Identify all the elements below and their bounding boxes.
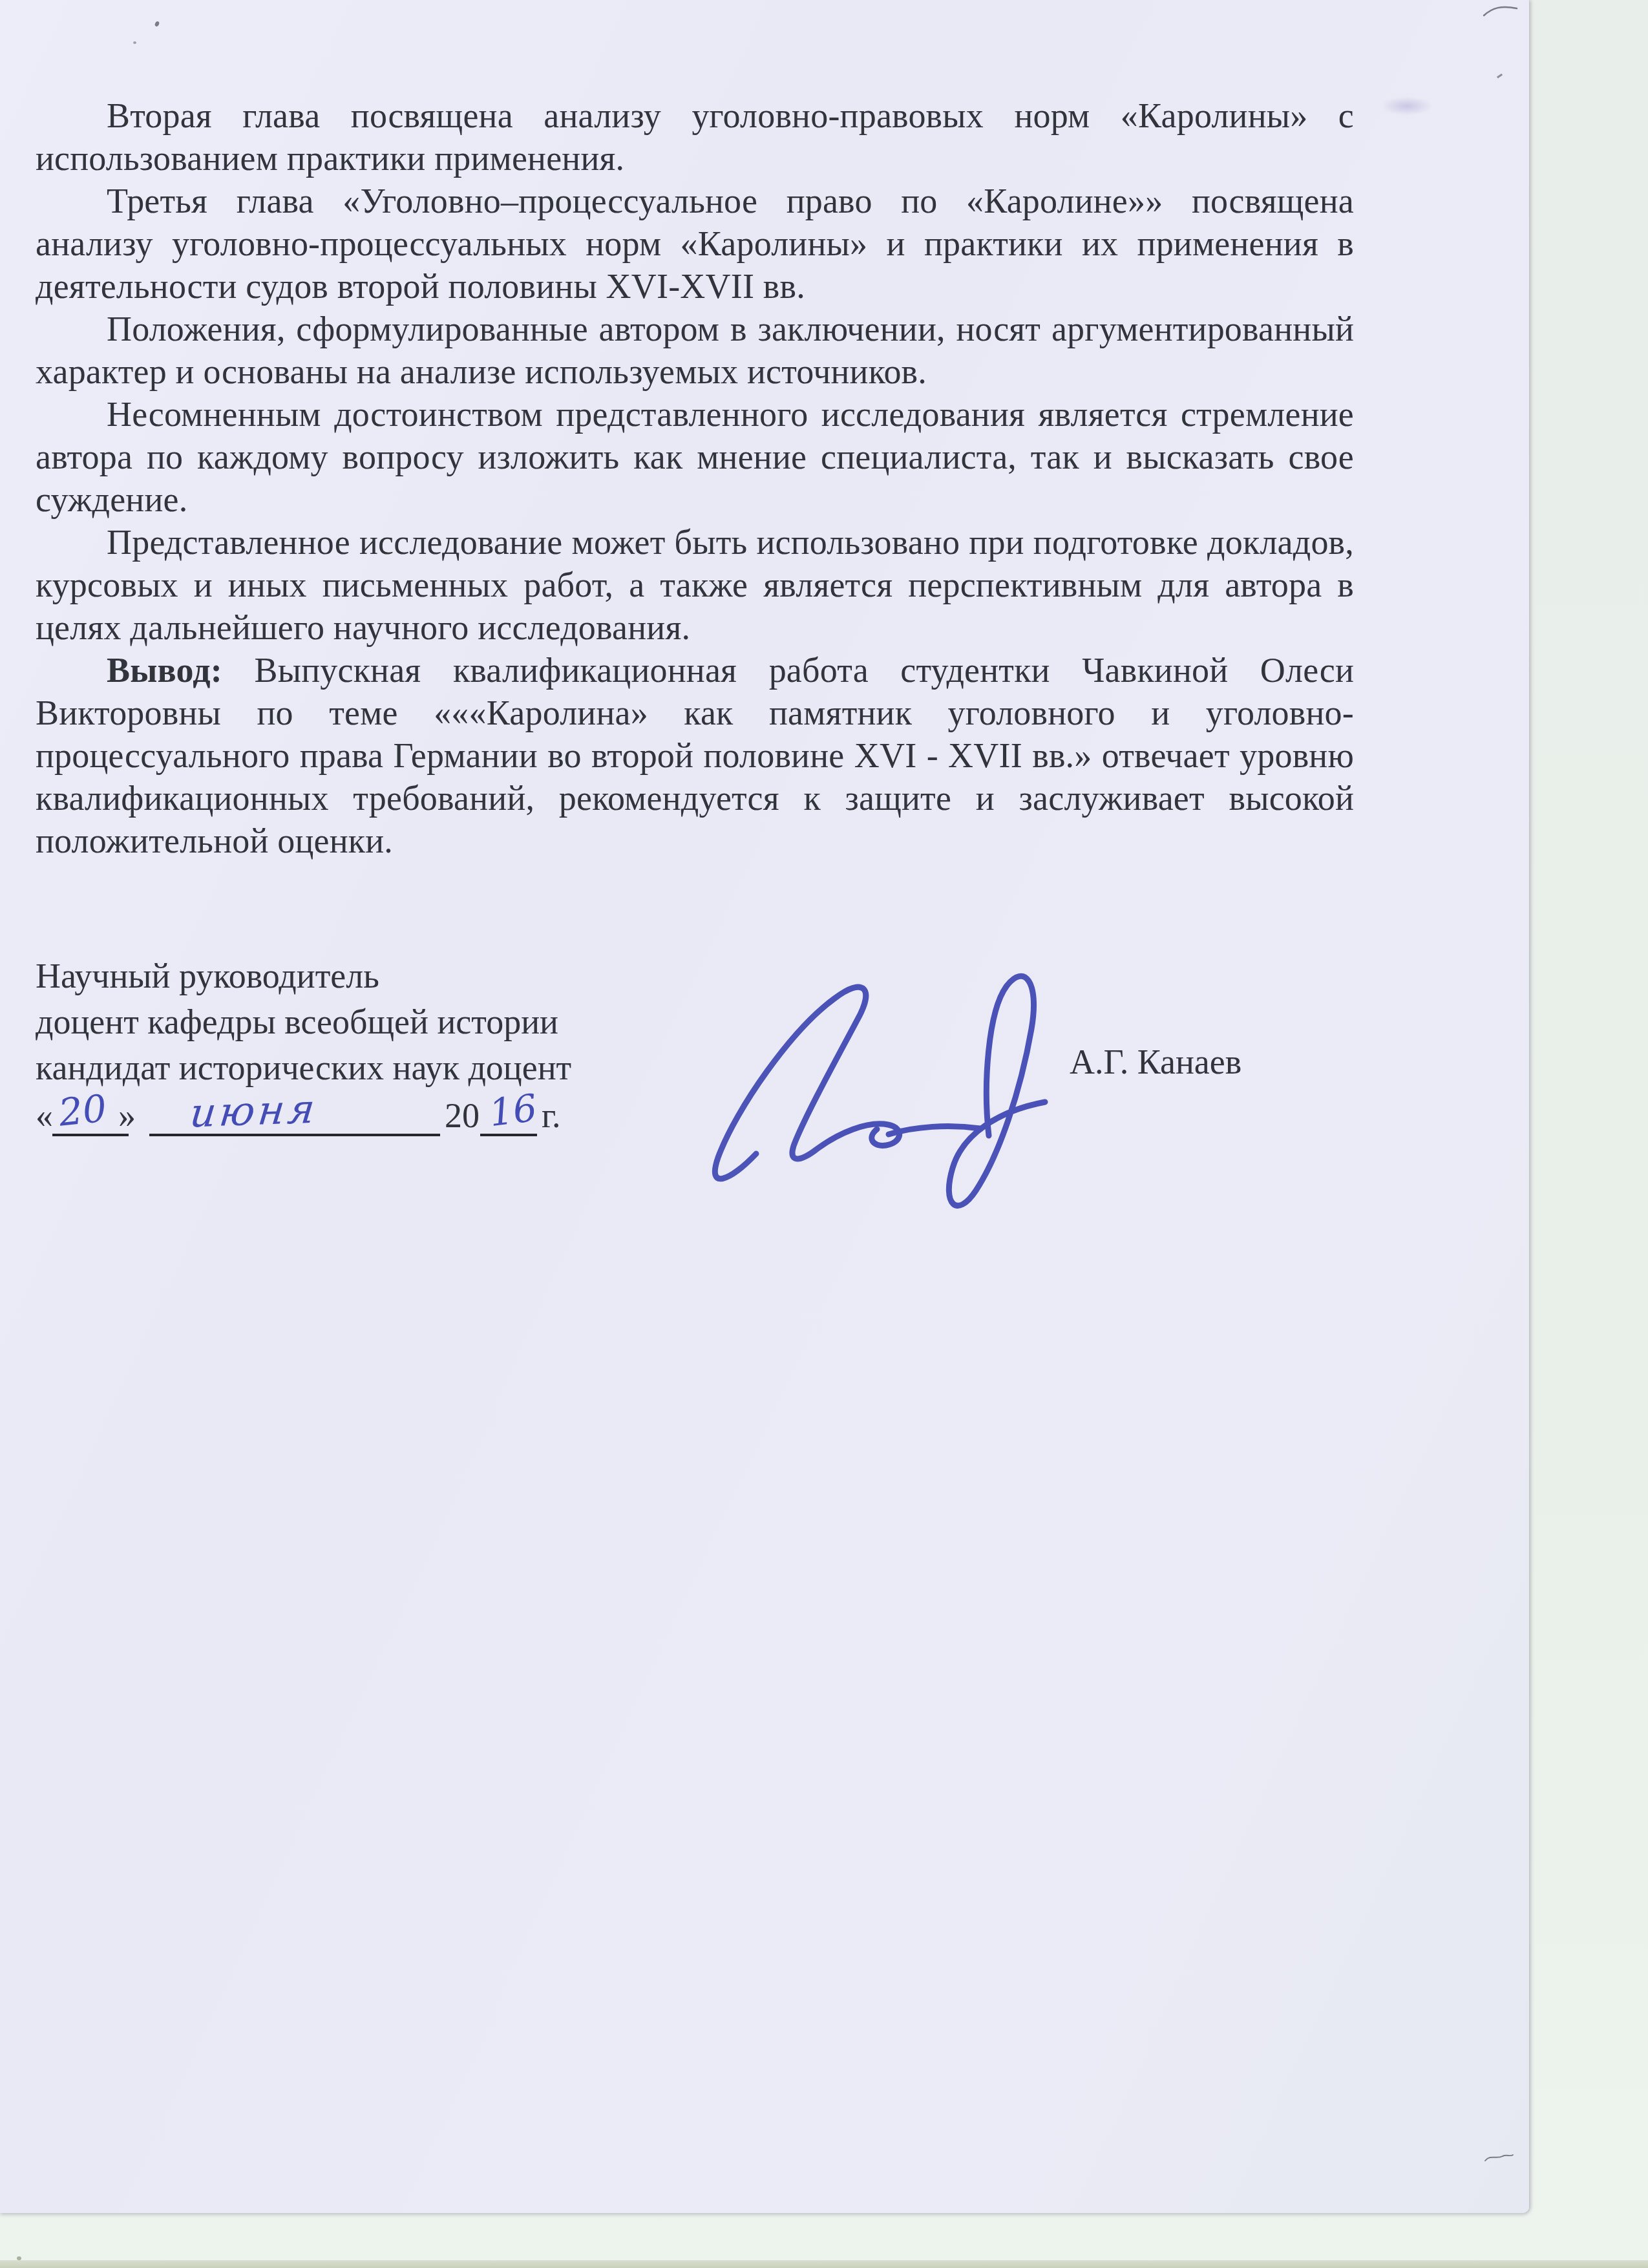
date-close-quote: » xyxy=(118,1093,136,1139)
paragraph-text: Третья глава «Уголовно–процессуальное пр… xyxy=(36,182,1354,306)
paragraph: Представленное исследование может быть и… xyxy=(36,521,1354,649)
handwritten-day: 20 xyxy=(56,1085,109,1136)
pen-scratch-mark xyxy=(1482,4,1521,18)
date-open-quote: « xyxy=(36,1093,53,1139)
scan-speck xyxy=(1497,74,1503,79)
date-month-field: июня xyxy=(149,1097,440,1136)
hair-artifact xyxy=(1484,2151,1515,2164)
paragraph: Положения, сформулированные автором в за… xyxy=(36,308,1354,393)
handwritten-month: июня xyxy=(188,1086,321,1136)
scan-speck xyxy=(133,41,136,44)
paragraph-bold-vyvod: Вывод: xyxy=(107,651,222,690)
date-year-field: 16 xyxy=(480,1097,537,1136)
scanned-page: Вторая глава посвящена анализу уголовно-… xyxy=(0,0,1648,2268)
paragraph-text: Выпускная квалификационная работа студен… xyxy=(36,651,1354,860)
scan-speck xyxy=(17,2256,21,2260)
ink-smudge xyxy=(1382,97,1432,115)
scanner-bottom-edge xyxy=(0,2260,1648,2268)
paragraph: Вывод: Выпускная квалификационная работа… xyxy=(36,649,1354,862)
paragraph: Вторая глава посвящена анализу уголовно-… xyxy=(36,94,1354,180)
paragraph: Несомненным достоинством представленного… xyxy=(36,393,1354,521)
handwritten-year: 16 xyxy=(487,1085,540,1136)
paragraph-text: Положения, сформулированные автором в за… xyxy=(36,310,1354,391)
paragraph-text: Вторая глава посвящена анализу уголовно-… xyxy=(36,96,1354,178)
date-century: 20 xyxy=(445,1093,480,1139)
date-year-label: г. xyxy=(542,1093,561,1139)
paper-sheet: Вторая глава посвящена анализу уголовно-… xyxy=(0,0,1529,2213)
date-day-field: 20 xyxy=(52,1097,129,1136)
paragraph: Третья глава «Уголовно–процессуальное пр… xyxy=(36,180,1354,308)
document-body: Вторая глава посвящена анализу уголовно-… xyxy=(0,0,1354,1151)
paragraph-text: Несомненным достоинством представленного… xyxy=(36,395,1354,519)
paragraph-text: Представленное исследование может быть и… xyxy=(36,523,1354,647)
signature-ink xyxy=(682,940,1095,1218)
